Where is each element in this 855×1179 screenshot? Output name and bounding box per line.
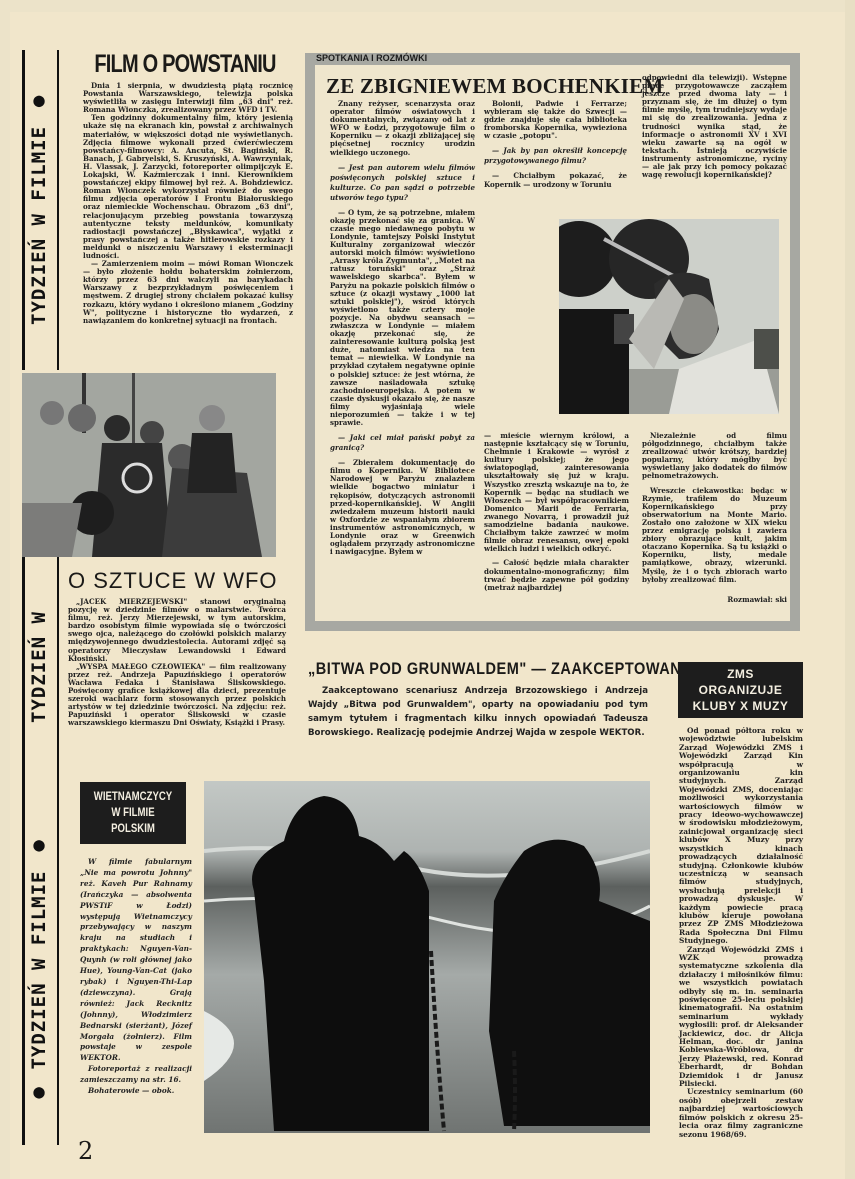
paragraph: Bohaterowie — obok.: [80, 1086, 192, 1097]
signature: Rozmawiał: ski: [642, 596, 787, 604]
beach-still-illustration: [204, 781, 650, 1133]
strip-rule: [22, 555, 25, 1145]
article-o-sztuce: O SZTUCE W WFO „JACEK MIERZEJEWSKI" stan…: [68, 568, 298, 728]
paragraph: Ten godzinny dokumentalny film, który je…: [83, 114, 293, 260]
article-bitwa: „BITWA POD GRUNWALDEM" — ZAAKCEPTOWANA Z…: [308, 660, 653, 740]
interview-question: — Jak by pan określił koncepcję przygoto…: [484, 146, 627, 166]
headline-line: WIETNAMCZYCY: [91, 788, 176, 804]
beach-still-photo: [204, 781, 650, 1133]
paragraph: W filmie fabularnym „Nie ma powrotu John…: [80, 857, 192, 1064]
paragraph: — O tym, że są potrzebne, miałem okazję …: [330, 209, 475, 428]
headline-line: ORGANIZUJE: [678, 682, 803, 698]
headline-line: KLUBY X MUZY: [678, 698, 803, 714]
paragraph: Fotoreportaż z realizacji zamieszczamy n…: [80, 1064, 192, 1086]
strip-label-middle: TYDZIEŃ W: [28, 560, 52, 775]
wietnamczycy-headline-box: WIETNAMCZYCY W FILMIE POLSKIM: [80, 782, 186, 844]
paragraph: Bolonii, Padwie i Ferrarze; wybieram się…: [484, 100, 627, 140]
article-wietnamczycy-body: W filmie fabularnym „Nie ma powrotu John…: [80, 857, 192, 1097]
article-title: FILM O POWSTANIU: [89, 50, 281, 79]
zms-headline-box: ZMS ORGANIZUJE KLUBY X MUZY: [678, 662, 803, 718]
article-body: Dnia 1 sierpnia, w dwudziestą piątą rocz…: [83, 82, 293, 325]
article-body: Zaakceptowano scenariusz Andrzeja Brzozo…: [308, 684, 648, 740]
strip-rule-inner: [57, 50, 59, 370]
interview-question: — Jaki cel miał pański pobyt za granicą?: [330, 433, 475, 453]
strip-rule-inner: [57, 555, 59, 1145]
crowd-photo-illustration: [22, 373, 276, 557]
strip-label-top: TYDZIEŃ W FILMIE ●: [28, 50, 52, 365]
crowd-photo: [22, 373, 276, 557]
paragraph: — Chciałbym pokazać, że Kopernik — urodz…: [484, 172, 627, 188]
paragraph: „JACEK MIERZEJEWSKI" stanowi oryginalną …: [68, 598, 286, 663]
paragraph: — Zbierałem dokumentację do filmu o Kope…: [330, 459, 475, 556]
article-title: „BITWA POD GRUNWALDEM" — ZAAKCEPTOWANA: [308, 660, 612, 679]
article-body: „JACEK MIERZEJEWSKI" stanowi oryginalną …: [68, 598, 286, 728]
paragraph: — mieście wiernym królowi, a następnie k…: [484, 432, 629, 553]
paragraph: Zarząd Wojewódzki ZMS i WZK prowadzą sys…: [679, 946, 803, 1089]
headline-line: W FILMIE: [91, 804, 176, 820]
interview-column-2-top: Bolonii, Padwie i Ferrarze; wybieram się…: [484, 100, 627, 189]
paragraph: — Zamierzeniem moim — mówi Roman Wioncze…: [83, 260, 293, 325]
paragraph: Od ponad półtora roku w województwie lub…: [679, 727, 803, 946]
page-edge: [845, 0, 855, 1179]
article-film-o-powstaniu: FILM O POWSTANIU Dnia 1 sierpnia, w dwud…: [65, 50, 305, 325]
article-title: O SZTUCE W WFO: [68, 568, 298, 594]
interview-title: ZE ZBIGNIEWEM BOCHENKIEM: [326, 74, 663, 99]
paragraph: odpowiedni dla telewizji). Wstępne prace…: [642, 74, 787, 179]
strip-rule: [22, 50, 25, 370]
section-label: SPOTKANIA I ROZMÓWKI: [316, 53, 427, 63]
interview-column-3-bottom: Niezależnie od filmu półgodzinnego, chci…: [642, 432, 787, 604]
strip-label-bottom: ● TYDZIEŃ W FILMIE ●: [28, 790, 52, 1150]
paragraph: Wreszcie ciekawostka: będąc w Rzymie, tr…: [642, 487, 787, 584]
director-photo: [559, 219, 779, 414]
paragraph: — Całość będzie miała charakter dokument…: [484, 559, 629, 591]
director-photo-illustration: [559, 219, 779, 414]
headline-line: POLSKIM: [91, 820, 176, 836]
paragraph: Znany reżyser, scenarzysta oraz operator…: [330, 100, 475, 157]
interview-question: — Jest pan autorem wielu filmów poświęco…: [330, 163, 475, 203]
paragraph: Uczestnicy seminarium (60 osób) obejrzel…: [679, 1088, 803, 1138]
paragraph: „WYSPA MAŁEGO CZŁOWIEKA" — film realizow…: [68, 663, 286, 728]
article-zms-body: Od ponad półtora roku w województwie lub…: [679, 727, 803, 1139]
paragraph: Niezależnie od filmu półgodzinnego, chci…: [642, 432, 787, 481]
interview-column-1: Znany reżyser, scenarzysta oraz operator…: [330, 100, 475, 556]
interview-column-3-top: odpowiedni dla telewizji). Wstępne prace…: [642, 74, 787, 179]
interview-column-2-bottom: — mieście wiernym królowi, a następnie k…: [484, 432, 629, 592]
page-number: 2: [78, 1137, 93, 1165]
paragraph: Dnia 1 sierpnia, w dwudziestą piątą rocz…: [83, 82, 293, 114]
headline-line: ZMS: [678, 666, 803, 682]
